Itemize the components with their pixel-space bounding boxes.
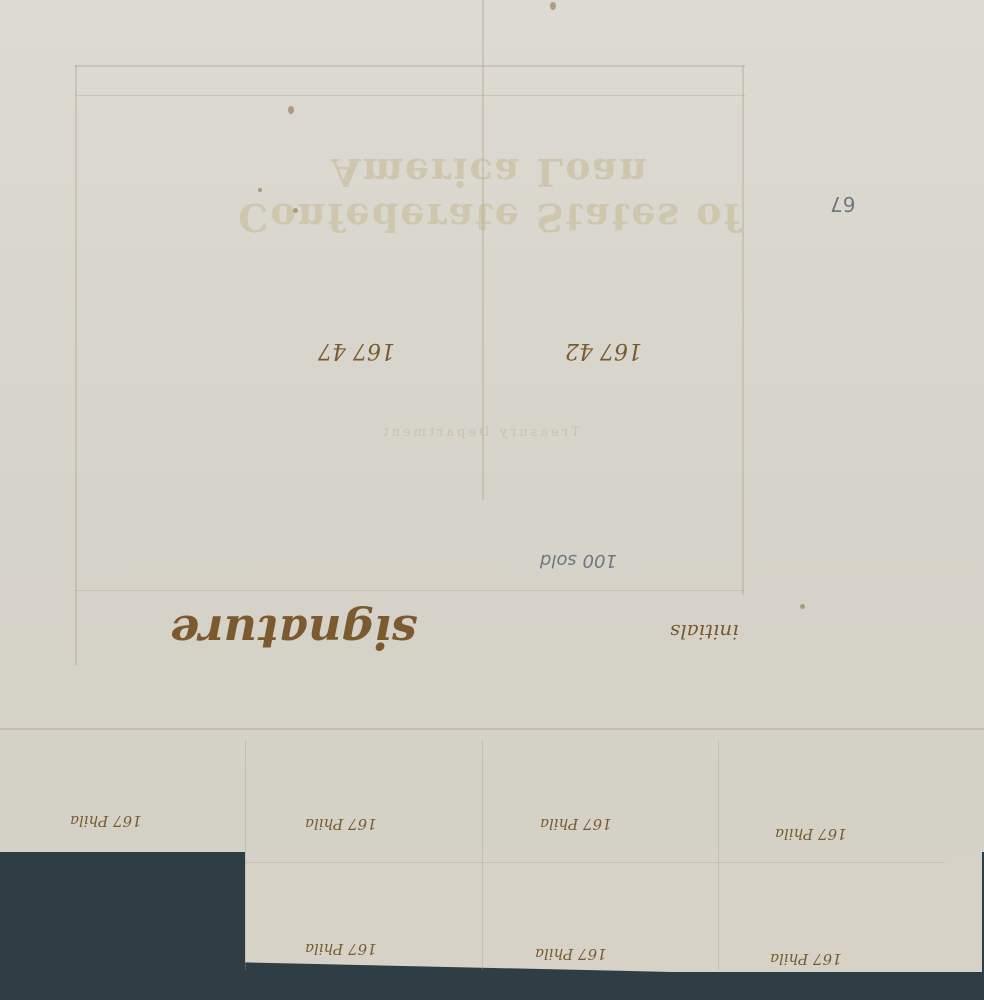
- coupon-note: 167 Phila: [535, 945, 607, 963]
- foxing-spot: [288, 106, 294, 114]
- small-signature: initials: [670, 620, 739, 644]
- coupon-note: 167 Phila: [305, 940, 377, 958]
- coupon-note: 167 Phila: [770, 950, 842, 968]
- foxing-spot: [293, 208, 298, 213]
- coupon-note: 167 Phila: [775, 825, 847, 843]
- frame-line-top2: [75, 95, 745, 96]
- coupon-note: 167 Phila: [70, 812, 142, 830]
- foxing-spot: [800, 604, 805, 609]
- pencil-note: 100 sold: [540, 550, 617, 571]
- coupon-divider-top: [0, 728, 984, 730]
- foxing-spot: [550, 2, 556, 10]
- coupon-divider-v3: [718, 740, 719, 970]
- frame-line-left: [75, 65, 77, 665]
- frame-line-bottom: [75, 590, 745, 591]
- bleed-through-title: Confederate States of America Loan: [160, 150, 820, 240]
- bond-note-left: 167 47: [318, 338, 395, 363]
- corner-number: 67: [830, 192, 855, 216]
- frame-line-right: [742, 65, 744, 595]
- foxing-spot: [258, 188, 262, 192]
- coupon-divider-h: [245, 862, 945, 863]
- coupon-note: 167 Phila: [540, 815, 612, 833]
- coupon-note: 167 Phila: [305, 815, 377, 833]
- coupon-divider-v1: [245, 740, 246, 970]
- large-signature: signature: [170, 605, 417, 659]
- coupon-divider-v2: [482, 740, 483, 970]
- bleed-through-subtitle: Treasury Department: [360, 425, 600, 440]
- bond-note-right: 167 42: [565, 338, 642, 363]
- frame-line-top: [75, 65, 745, 67]
